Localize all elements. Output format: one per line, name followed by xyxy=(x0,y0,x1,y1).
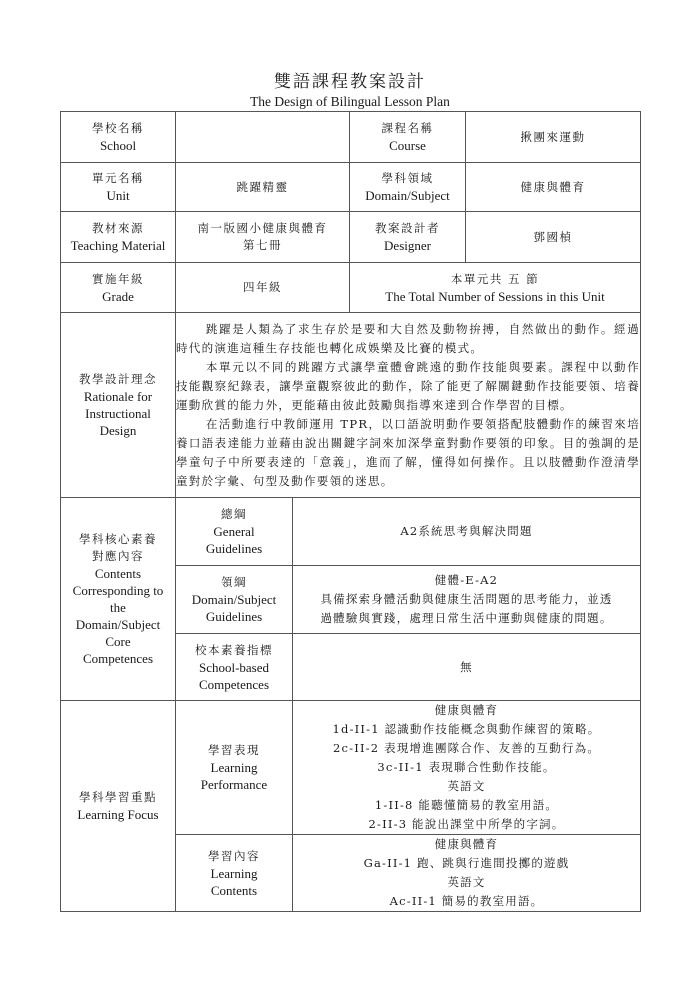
domain-guidelines-label-cell: 領綱 Domain/Subject Guidelines xyxy=(176,566,293,634)
grade-label-zh: 實施年級 xyxy=(61,271,175,288)
rationale-label-zh: 教學設計理念 xyxy=(61,371,175,388)
learning-performance-line: 2c-II-2 表現增進團隊合作、友善的互動行為。 xyxy=(293,739,640,758)
rationale-paragraph: 在活動進行中教師運用 TPR，以口語說明動作要領搭配肢體動作的練習來培養口語表達… xyxy=(176,415,640,491)
rationale-label-en-2: Instructional xyxy=(61,405,175,422)
lesson-plan-table: 學校名稱 School 課程名稱 Course 揪團來運動 單元名稱 Unit … xyxy=(60,111,641,912)
course-value-cell: 揪團來運動 xyxy=(466,112,641,163)
competences-label-en-4: Domain/Subject xyxy=(61,616,175,633)
learning-performance-label-en-2: Performance xyxy=(176,776,292,793)
learning-performance-label-en-1: Learning xyxy=(176,759,292,776)
learning-contents-line: 英語文 xyxy=(293,873,640,892)
unit-label-zh: 單元名稱 xyxy=(61,170,175,187)
page-title-zh: 雙語課程教案設計 xyxy=(0,72,700,92)
rationale-label-en-1: Rationale for xyxy=(61,388,175,405)
material-label-cell: 教材來源 Teaching Material xyxy=(61,212,176,263)
row-school-course: 學校名稱 School 課程名稱 Course 揪團來運動 xyxy=(61,112,641,163)
competences-label-en-5: Core xyxy=(61,633,175,650)
row-competence-general: 學科核心素養 對應內容 Contents Corresponding to th… xyxy=(61,498,641,566)
learning-performance-label-cell: 學習表現 Learning Performance xyxy=(176,701,293,835)
competences-label-zh-2: 對應內容 xyxy=(61,548,175,565)
unit-value: 跳躍精靈 xyxy=(237,180,289,194)
domain-guidelines-line: 過體驗與實踐，處理日常生活中運動與健康的問題。 xyxy=(293,609,640,628)
page-title-en: The Design of Bilingual Lesson Plan xyxy=(0,94,700,110)
general-guidelines-label-en-1: General xyxy=(176,523,292,540)
designer-value-cell: 鄧國楨 xyxy=(466,212,641,263)
school-label-cell: 學校名稱 School xyxy=(61,112,176,163)
learning-focus-label-zh: 學科學習重點 xyxy=(61,789,175,806)
school-label-zh: 學校名稱 xyxy=(61,120,175,137)
competences-label-en-6: Competences xyxy=(61,650,175,667)
learning-contents-line: Ga-II-1 跑、跳與行進間投擲的遊戲 xyxy=(293,854,640,873)
school-competences-label-zh: 校本素養指標 xyxy=(176,642,292,659)
school-competences-line: 無 xyxy=(293,658,640,677)
learning-focus-label-en: Learning Focus xyxy=(61,806,175,823)
grade-value: 四年級 xyxy=(243,280,282,294)
row-learning-performance: 學科學習重點 Learning Focus 學習表現 Learning Perf… xyxy=(61,701,641,835)
sessions-label-en: The Total Number of Sessions in this Uni… xyxy=(350,288,640,305)
rationale-label-cell: 教學設計理念 Rationale for Instructional Desig… xyxy=(61,313,176,498)
rationale-text-cell: 跳躍是人類為了求生存於是要和大自然及動物拚搏，自然做出的動作。經過時代的演進這種… xyxy=(176,313,641,498)
learning-contents-label-cell: 學習內容 Learning Contents xyxy=(176,835,293,912)
learning-performance-line: 3c-II-1 表現聯合性動作技能。 xyxy=(293,758,640,777)
learning-contents-line: Ac-II-1 簡易的教室用語。 xyxy=(293,892,640,911)
competences-label-zh-1: 學科核心素養 xyxy=(61,531,175,548)
designer-value: 鄧國楨 xyxy=(534,230,573,244)
domain-label-zh: 學科領域 xyxy=(350,170,465,187)
unit-value-cell: 跳躍精靈 xyxy=(176,163,350,212)
material-value-line1: 南一版國小健康與體育 xyxy=(176,220,349,237)
designer-label-zh: 教案設計者 xyxy=(350,220,465,237)
learning-contents-value-cell: 健康與體育 Ga-II-1 跑、跳與行進間投擲的遊戲 英語文 Ac-II-1 簡… xyxy=(293,835,641,912)
general-guidelines-label-en-2: Guidelines xyxy=(176,540,292,557)
school-competences-label-en-1: School-based xyxy=(176,659,292,676)
material-value-cell: 南一版國小健康與體育 第七冊 xyxy=(176,212,350,263)
general-guidelines-line: A2系統思考與解決問題 xyxy=(293,522,640,541)
sessions-cell: 本單元共 五 節 The Total Number of Sessions in… xyxy=(350,263,641,313)
course-label-en: Course xyxy=(350,137,465,154)
row-unit-domain: 單元名稱 Unit 跳躍精靈 學科領域 Domain/Subject 健康與體育 xyxy=(61,163,641,212)
learning-performance-line: 1-II-8 能聽懂簡易的教室用語。 xyxy=(293,796,640,815)
domain-guidelines-line: 健體-E-A2 xyxy=(293,571,640,590)
school-value-cell xyxy=(176,112,350,163)
grade-label-en: Grade xyxy=(61,288,175,305)
course-label-zh: 課程名稱 xyxy=(350,120,465,137)
competences-label-cell: 學科核心素養 對應內容 Contents Corresponding to th… xyxy=(61,498,176,701)
course-value: 揪團來運動 xyxy=(521,130,586,144)
general-guidelines-label-cell: 總綱 General Guidelines xyxy=(176,498,293,566)
school-competences-value-cell: 無 xyxy=(293,634,641,701)
unit-label-en: Unit xyxy=(61,187,175,204)
material-label-en: Teaching Material xyxy=(61,237,175,254)
learning-performance-line: 健康與體育 xyxy=(293,701,640,720)
learning-performance-line: 1d-II-1 認識動作技能概念與動作練習的策略。 xyxy=(293,720,640,739)
rationale-label-en-3: Design xyxy=(61,422,175,439)
material-label-zh: 教材來源 xyxy=(61,220,175,237)
domain-guidelines-label-en-2: Guidelines xyxy=(176,608,292,625)
domain-guidelines-value-cell: 健體-E-A2 具備探索身體活動與健康生活問題的思考能力，並透 過體驗與實踐，處… xyxy=(293,566,641,634)
learning-performance-value-cell: 健康與體育 1d-II-1 認識動作技能概念與動作練習的策略。 2c-II-2 … xyxy=(293,701,641,835)
row-rationale: 教學設計理念 Rationale for Instructional Desig… xyxy=(61,313,641,498)
domain-guidelines-label-en-1: Domain/Subject xyxy=(176,591,292,608)
row-grade-sessions: 實施年級 Grade 四年級 本單元共 五 節 The Total Number… xyxy=(61,263,641,313)
domain-value-cell: 健康與體育 xyxy=(466,163,641,212)
row-material-designer: 教材來源 Teaching Material 南一版國小健康與體育 第七冊 教案… xyxy=(61,212,641,263)
learning-performance-line: 2-II-3 能說出課堂中所學的字詞。 xyxy=(293,815,640,834)
domain-guidelines-label-zh: 領綱 xyxy=(176,574,292,591)
rationale-paragraph: 跳躍是人類為了求生存於是要和大自然及動物拚搏，自然做出的動作。經過時代的演進這種… xyxy=(176,320,640,358)
domain-label-cell: 學科領域 Domain/Subject xyxy=(350,163,466,212)
unit-label-cell: 單元名稱 Unit xyxy=(61,163,176,212)
learning-performance-line: 英語文 xyxy=(293,777,640,796)
general-guidelines-value-cell: A2系統思考與解決問題 xyxy=(293,498,641,566)
competences-label-en-3: the xyxy=(61,599,175,616)
domain-guidelines-line: 具備探索身體活動與健康生活問題的思考能力，並透 xyxy=(293,590,640,609)
learning-focus-label-cell: 學科學習重點 Learning Focus xyxy=(61,701,176,912)
school-competences-label-cell: 校本素養指標 School-based Competences xyxy=(176,634,293,701)
designer-label-cell: 教案設計者 Designer xyxy=(350,212,466,263)
course-label-cell: 課程名稱 Course xyxy=(350,112,466,163)
competences-label-en-2: Corresponding to xyxy=(61,582,175,599)
general-guidelines-label-zh: 總綱 xyxy=(176,506,292,523)
sessions-label-zh: 本單元共 五 節 xyxy=(350,271,640,288)
learning-contents-label-zh: 學習內容 xyxy=(176,848,292,865)
learning-contents-label-en-2: Contents xyxy=(176,882,292,899)
material-value-line2: 第七冊 xyxy=(176,237,349,254)
learning-contents-line: 健康與體育 xyxy=(293,835,640,854)
domain-value: 健康與體育 xyxy=(521,180,586,194)
competences-label-en-1: Contents xyxy=(61,565,175,582)
rationale-paragraph: 本單元以不同的跳躍方式讓學童體會跳遠的動作技能與要素。課程中以動作技能觀察紀錄表… xyxy=(176,358,640,415)
domain-label-en: Domain/Subject xyxy=(350,187,465,204)
learning-contents-label-en-1: Learning xyxy=(176,865,292,882)
designer-label-en: Designer xyxy=(350,237,465,254)
grade-value-cell: 四年級 xyxy=(176,263,350,313)
school-competences-label-en-2: Competences xyxy=(176,676,292,693)
learning-performance-label-zh: 學習表現 xyxy=(176,742,292,759)
school-label-en: School xyxy=(61,137,175,154)
grade-label-cell: 實施年級 Grade xyxy=(61,263,176,313)
